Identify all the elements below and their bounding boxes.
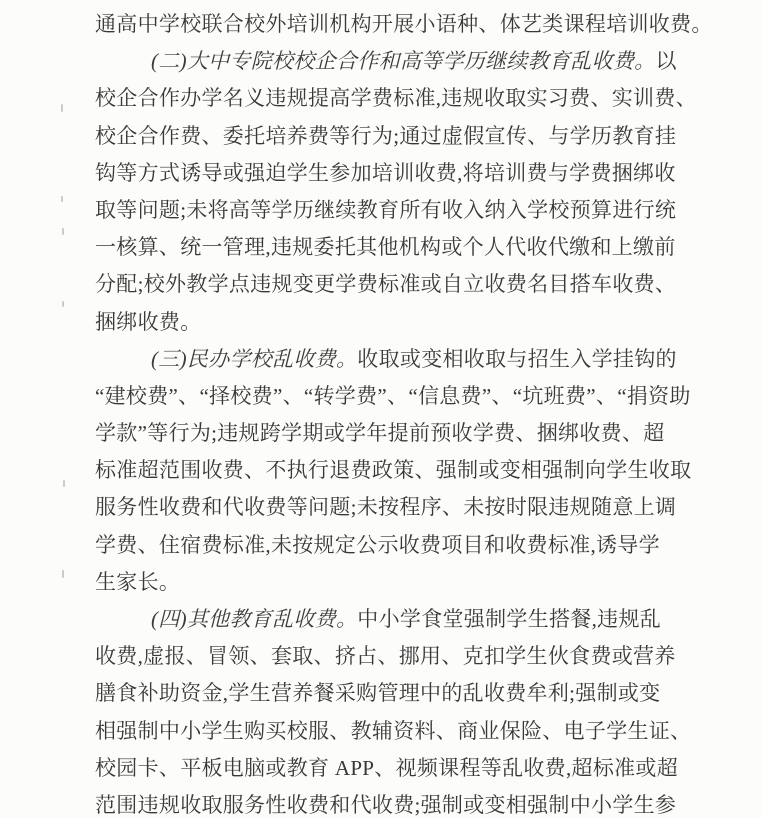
body-text: 学费、住宿费标准,未按规定公示收费项目和收费标准,诱导学 (95, 533, 660, 557)
scan-speck (62, 301, 64, 307)
scan-speck (61, 196, 63, 202)
text-line: 校企合作费、委托培养费等行为;通过虚假宣传、与学历教育挂 (95, 118, 701, 155)
text-line: 学款”等行为;违规跨学期或学年提前预收学费、捆绑收费、超 (95, 415, 701, 452)
text-line: 通高中学校联合校外培训机构开展小语种、体艺类课程培训收费。 (95, 6, 701, 43)
body-text: 标准超范围收费、不执行退费政策、强制或变相强制向学生收取 (95, 458, 691, 482)
body-text: 捆绑收费。 (95, 310, 202, 334)
body-text: 范围违规收取服务性收费和代收费;强制或变相强制中小学生参 (95, 793, 676, 817)
body-text: 校园卡、平板电脑或教育 APP、视频课程等乱收费,超标准或超 (95, 756, 678, 780)
body-text: 通高中学校联合校外培训机构开展小语种、体艺类课程培训收费。 (95, 12, 713, 36)
document-page: 通高中学校联合校外培训机构开展小语种、体艺类课程培训收费。(二)大中专院校校企合… (0, 0, 762, 818)
body-text: 生家长。 (95, 570, 180, 594)
body-text: 一核算、统一管理,违规委托其他机构或个人代收代缴和上缴前 (95, 235, 676, 259)
page-text: 通高中学校联合校外培训机构开展小语种、体艺类课程培训收费。(二)大中专院校校企合… (95, 6, 701, 818)
text-line: 取等问题;未将高等学历继续教育所有收入纳入学校预算进行统 (95, 192, 701, 229)
text-line: 钩等方式诱导或强迫学生参加培训收费,将培训费与学费捆绑收 (95, 155, 701, 192)
section-heading-text: (三)民办学校乱收费。 (151, 347, 357, 371)
text-line: 生家长。 (95, 564, 701, 601)
text-line: 捆绑收费。 (95, 304, 701, 341)
body-text: 膳食补助资金,学生营养餐采购管理中的乱收费牟利;强制或变 (95, 681, 660, 705)
text-line: 范围违规收取服务性收费和代收费;强制或变相强制中小学生参 (95, 787, 701, 818)
scan-speck (62, 228, 64, 235)
body-text: 以 (655, 49, 676, 73)
section-heading-text: (四)其他教育乱收费。 (151, 607, 357, 631)
body-text: 钩等方式诱导或强迫学生参加培训收费,将培训费与学费捆绑收 (95, 161, 676, 185)
text-line: “建校费”、“择校费”、“转学费”、“信息费”、“坑班费”、“捐资助 (95, 378, 701, 415)
body-text: 分配;校外教学点违规变更学费标准或自立收费名目搭车收费、 (95, 272, 676, 296)
section-heading-text: (二)大中专院校校企合作和高等学历继续教育乱收费。 (151, 49, 655, 73)
text-line: 服务性收费和代收费等问题;未按程序、未按时限违规随意上调 (95, 489, 701, 526)
scan-speck (63, 480, 65, 487)
text-line: 标准超范围收费、不执行退费政策、强制或变相强制向学生收取 (95, 452, 701, 489)
body-text: 相强制中小学生购买校服、教辅资料、商业保险、电子学生证、 (95, 719, 691, 743)
scan-speck (62, 570, 64, 578)
text-line: 校企合作办学名义违规提高学费标准,违规收取实习费、实训费、 (95, 80, 701, 117)
text-line: 一核算、统一管理,违规委托其他机构或个人代收代缴和上缴前 (95, 229, 701, 266)
body-text: 收取或变相收取与招生入学挂钩的 (357, 347, 677, 371)
text-line: (四)其他教育乱收费。中小学食堂强制学生搭餐,违规乱 (95, 601, 701, 638)
body-text: 取等问题;未将高等学历继续教育所有收入纳入学校预算进行统 (95, 198, 676, 222)
body-text: 校企合作费、委托培养费等行为;通过虚假宣传、与学历教育挂 (95, 124, 676, 148)
body-text: 收费,虚报、冒领、套取、挤占、挪用、克扣学生伙食费或营养 (95, 644, 676, 668)
text-line: 校园卡、平板电脑或教育 APP、视频课程等乱收费,超标准或超 (95, 750, 701, 787)
text-line: (二)大中专院校校企合作和高等学历继续教育乱收费。以 (95, 43, 701, 80)
text-line: 学费、住宿费标准,未按规定公示收费项目和收费标准,诱导学 (95, 527, 701, 564)
text-line: 收费,虚报、冒领、套取、挤占、挪用、克扣学生伙食费或营养 (95, 638, 701, 675)
body-text: 校企合作办学名义违规提高学费标准,违规收取实习费、实训费、 (95, 86, 697, 110)
body-text: 中小学食堂强制学生搭餐,违规乱 (357, 607, 661, 631)
text-line: (三)民办学校乱收费。收取或变相收取与招生入学挂钩的 (95, 341, 701, 378)
body-text: “建校费”、“择校费”、“转学费”、“信息费”、“坑班费”、“捐资助 (95, 384, 691, 408)
text-line: 膳食补助资金,学生营养餐采购管理中的乱收费牟利;强制或变 (95, 675, 701, 712)
body-text: 服务性收费和代收费等问题;未按程序、未按时限违规随意上调 (95, 495, 676, 519)
text-line: 分配;校外教学点违规变更学费标准或自立收费名目搭车收费、 (95, 266, 701, 303)
scan-speck (61, 104, 63, 112)
body-text: 学款”等行为;违规跨学期或学年提前预收学费、捆绑收费、超 (95, 421, 665, 445)
text-line: 相强制中小学生购买校服、教辅资料、商业保险、电子学生证、 (95, 713, 701, 750)
